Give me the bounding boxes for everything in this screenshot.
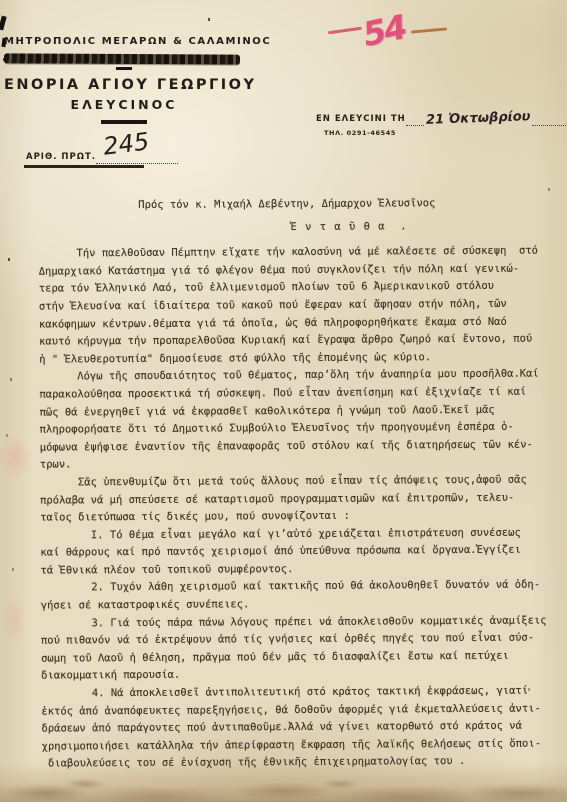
letterhead-parish-line: ΕΝΟΡΙΑ ΑΓΙΟΥ ΓΕΩΡΓΙΟΥ xyxy=(4,77,244,93)
paragraph-2: Λόγω τῆς σπουδαιότητος τοῦ θέματος, παρ’… xyxy=(39,366,562,475)
numbered-item-1: Ι. Τό θέμα εἶναι μεγάλο καί γι’αὐτό χρει… xyxy=(40,524,562,580)
letterhead-metropolis-line: ΜΗΤΡΟΠΟΛΙϹ ΜΕΓΑΡΩΝ & ϹΑΛΑΜΙΝΟϹ xyxy=(4,36,244,47)
recipient-line: Πρός τόν κ. Μιχαήλ Δεβέντην, Δήμαρχον Ἐλ… xyxy=(38,194,560,215)
letterhead: ΜΗΤΡΟΠΟΛΙϹ ΜΕΓΑΡΩΝ & ϹΑΛΑΜΙΝΟϹ ΕΝΟΡΙΑ ΑΓ… xyxy=(4,36,244,124)
letter-body: Πρός τόν κ. Μιχαήλ Δεβέντην, Δήμαρχον Ἐλ… xyxy=(38,194,564,773)
paragraph-1: Τήν παελθοῦσαν Πέμπτην εἴχατε τήν καλοσύ… xyxy=(39,243,562,369)
paper-edge-mark xyxy=(0,16,7,31)
numbered-item-4: 4. Νά ἀποκλεισθεῖ ἀντιπολιτευτική στό κρ… xyxy=(41,682,563,756)
paper-specks xyxy=(8,258,10,261)
dateline-dotted-leader xyxy=(406,113,424,126)
numbered-item-2: 2. Τυχόν λάθη χειρισμοῦ καί τακτικῆς πού… xyxy=(41,577,563,615)
scanned-letter-page: ΜΗΤΡΟΠΟΛΙϹ ΜΕΓΑΡΩΝ & ϹΑΛΑΜΙΝΟϹ ΕΝΟΡΙΑ ΑΓ… xyxy=(0,0,567,802)
protocol-number-handwritten: 245 xyxy=(102,127,151,160)
paper-pink-smudge xyxy=(0,425,38,489)
protocol-row: ΑΡΙΘ. ΠΡΩΤ. 245 xyxy=(26,136,150,164)
page-number-note: 54 xyxy=(328,14,447,47)
protocol-underline xyxy=(24,165,144,168)
paragraph-3: Σᾶς ὑπενθυμίζω ὅτι μετά τούς ἄλλους πού … xyxy=(40,471,562,527)
dateline-day-month-handwritten: 21 Ὀκτωβρίου xyxy=(424,109,533,128)
dateline-dotted-leader xyxy=(532,113,567,126)
dateline: ΕΝ ΕΛΕΥϹΙΝΙ ΤΗ 21 Ὀκτωβρίου 197 5 xyxy=(316,110,567,126)
letterhead-underline xyxy=(101,120,147,124)
closing-line: διαβουλεύσεις του σέ ἐνίσχυση τῆς ἐθνικῆ… xyxy=(42,753,564,774)
salutation-line: Ἐ ν τ α ῦ θ α . xyxy=(38,217,560,238)
protocol-label: ΑΡΙΘ. ΠΡΩΤ. xyxy=(26,152,96,164)
dateline-place-label: ΕΝ ΕΛΕΥϹΙΝΙ ΤΗ xyxy=(316,114,406,126)
obliterated-stamp-line xyxy=(4,53,240,64)
page-note-number-handwritten: 54 xyxy=(360,10,408,51)
page-note-dash-left xyxy=(328,27,362,35)
numbered-item-3: 3. Γιά τούς πάρα πάνω λόγους πρέπει νά ἀ… xyxy=(41,612,563,686)
letterhead-divider-dash xyxy=(116,67,132,70)
letterhead-city-line: ΕΛΕΥϹΙΝΟϹ xyxy=(4,97,244,112)
page-note-dash-right xyxy=(411,28,447,34)
phone-number: ΤΗΛ. 0291-46545 xyxy=(324,129,396,137)
paper-pink-smudge xyxy=(0,585,34,655)
